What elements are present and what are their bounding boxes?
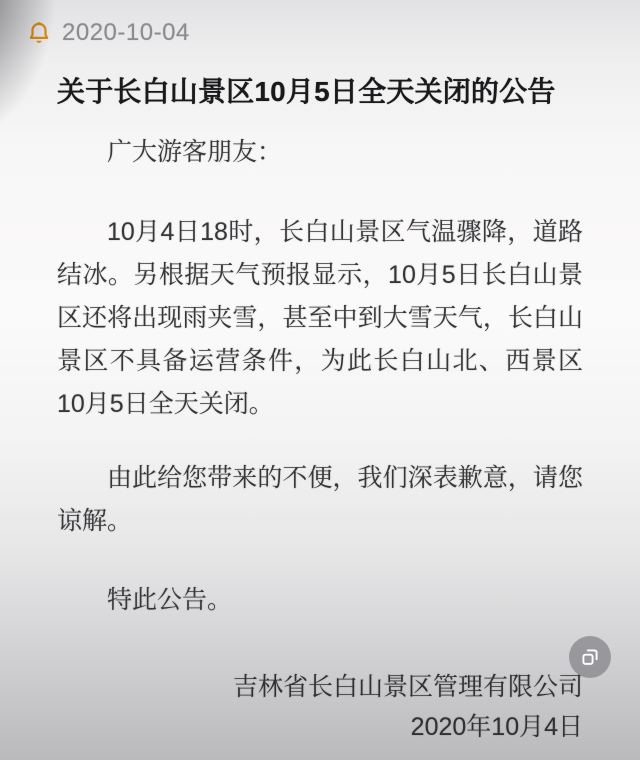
notice-page: 2020-10-04 关于长白山景区10月5日全天关闭的公告 广大游客朋友： 1… xyxy=(0,0,640,760)
signature-company: 吉林省长白山景区管理有限公司 xyxy=(57,667,583,707)
salutation: 广大游客朋友： xyxy=(57,131,583,174)
notice-paragraph: 10月4日18时，长白山景区气温骤降，道路结冰。另根据天气预报显示，10月5日长… xyxy=(57,211,583,426)
notice-title: 关于长白山景区10月5日全天关闭的公告 xyxy=(57,70,600,110)
expand-button[interactable] xyxy=(569,636,611,678)
notice-body: 广大游客朋友： 10月4日18时，长白山景区气温骤降，道路结冰。另根据天气预报显… xyxy=(57,131,583,747)
notice-date: 2020-10-04 xyxy=(62,19,190,47)
signature-block: 吉林省长白山景区管理有限公司 2020年10月4日 xyxy=(57,667,583,747)
notification-bell-icon xyxy=(25,19,53,47)
copy-expand-icon xyxy=(579,646,601,668)
notice-paragraph: 由此给您带来的不便，我们深表歉意，请您谅解。 xyxy=(57,457,583,543)
signature-date: 2020年10月4日 xyxy=(57,707,583,747)
notice-paragraph: 特此公告。 xyxy=(57,579,583,622)
notice-header: 2020-10-04 xyxy=(25,19,190,47)
